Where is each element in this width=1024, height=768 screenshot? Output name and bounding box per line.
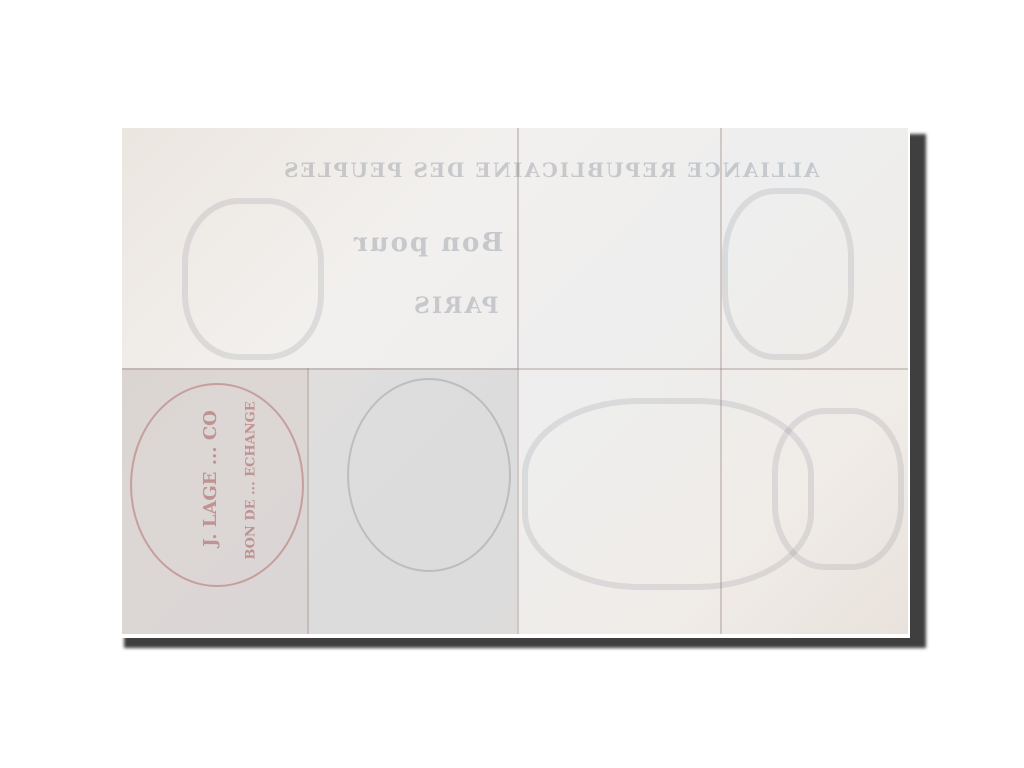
grey-stamp: [347, 378, 511, 572]
bleed-text-line2: Bon pour: [352, 228, 503, 258]
bleed-text-line3: PARIS: [412, 293, 498, 319]
stamp-text-outer: J. LAGE ... CO: [200, 410, 221, 547]
ornament-lower-right: [772, 408, 904, 570]
fold-line: [122, 368, 908, 370]
banknote: ALLIANCE REPUBLICAINE DES PEUPLES Bon po…: [122, 128, 908, 634]
stamp-text-inner: BON DE ... ECHANGE: [244, 401, 259, 559]
fold-line: [517, 128, 519, 634]
ornament-right: [722, 188, 854, 360]
ornament-lower: [522, 398, 814, 590]
ornament-left: [182, 198, 324, 360]
fold-line: [307, 368, 309, 634]
bleed-text-header: ALLIANCE REPUBLICAINE DES PEUPLES: [282, 158, 819, 182]
